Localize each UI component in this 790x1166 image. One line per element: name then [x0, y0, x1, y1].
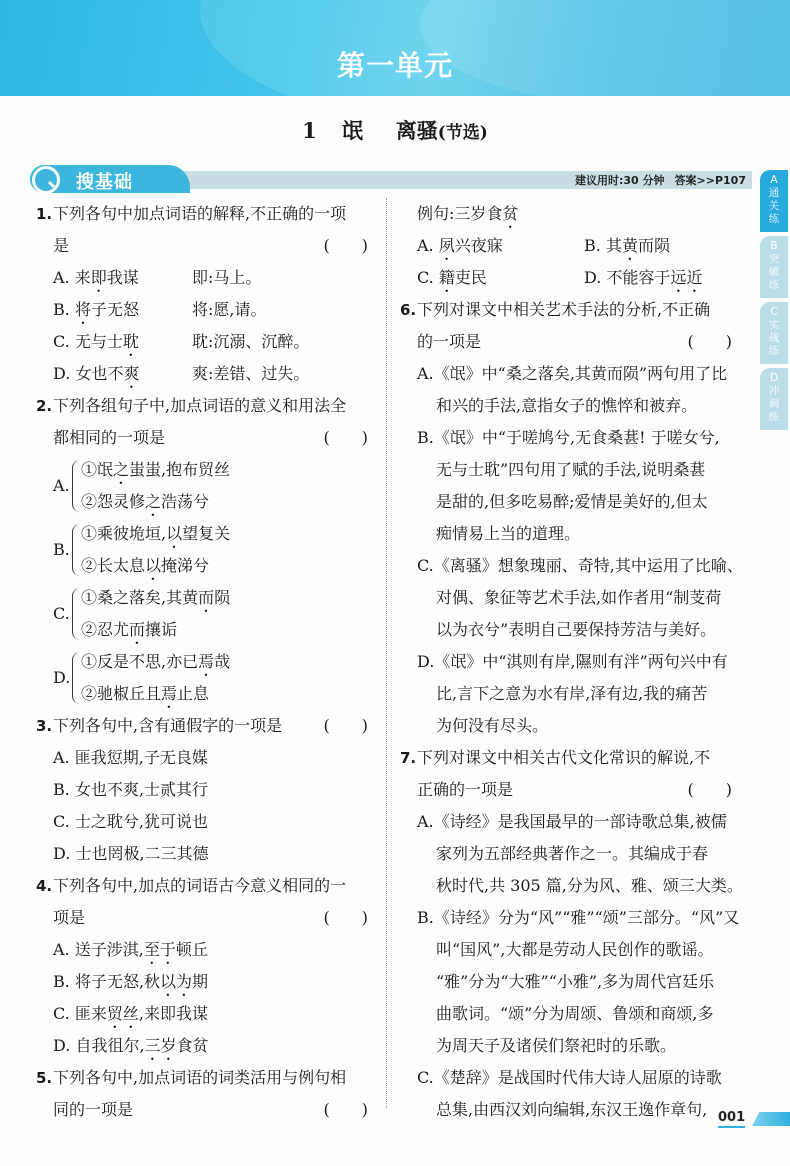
option-label: A.: [417, 364, 434, 383]
option-d[interactable]: D.《氓》中“淇则有岸,隰则有泮”两句兴中有 比,言下之意为水有岸,泽有边,我的…: [400, 646, 740, 742]
answer-blank[interactable]: ( ): [324, 422, 369, 454]
option-text: ①桑之落矣,其黄: [81, 588, 198, 607]
option-d[interactable]: D. 士也罔极,二三其德: [36, 838, 376, 870]
unit-title: 第一单元: [0, 44, 790, 84]
option-text: 《楚辞》是战国时代伟大诗人屈原的诗歌: [434, 1068, 722, 1087]
option-b[interactable]: B. 将子无怒将:愿,请。: [36, 294, 376, 326]
tab-d[interactable]: D冲刺练: [760, 368, 788, 430]
option-c[interactable]: C. 无与士耽耽:沉溺、沉醉。: [36, 326, 376, 358]
option-text: 《氓》中“于嗟鸠兮,无食桑葚! 于嗟女兮,: [434, 428, 720, 447]
option-label: B.: [417, 428, 434, 447]
option-text: 哉: [214, 652, 230, 671]
page-stripe-decoration: [752, 1112, 790, 1126]
question-number: 5.: [36, 1062, 53, 1094]
option-d[interactable]: D. ①反是不思,亦已焉哉 ②驰椒丘且焉止息: [36, 646, 376, 710]
option-a[interactable]: A.《诗经》是我国最早的一部诗歌总集,被儒 家列为五部经典著作之一。其编成于春 …: [400, 806, 740, 902]
option-label: A.: [53, 940, 70, 959]
question-stem: 下列各句中,加点词语的词类活用与例句相: [53, 1068, 346, 1087]
option-label: A.: [53, 470, 70, 502]
example-sentence: 例句:三岁食贫: [400, 198, 740, 230]
option-b[interactable]: B.《氓》中“于嗟鸠兮,无食桑葚! 于嗟女兮, 无与士耽”四句用了赋的手法,说明…: [400, 422, 740, 550]
tab-c[interactable]: C实战练: [760, 302, 788, 364]
column-divider: [386, 198, 387, 1108]
option-c[interactable]: C.《楚辞》是战国时代伟大诗人屈原的诗歌 总集,由西汉刘向编辑,东汉王逸作章句,: [400, 1062, 740, 1126]
option-text: ①反是不思,亦已: [81, 652, 198, 671]
question-number: 7.: [400, 742, 417, 774]
dotted-word: 即: [91, 268, 107, 287]
tab-label: 冲刺练: [768, 385, 780, 424]
option-d[interactable]: D. 不能容于远近: [584, 262, 702, 296]
option-text: 《离骚》想象瑰丽、奇特,其中运用了比喻、: [434, 556, 743, 575]
tab-letter: D: [760, 372, 788, 385]
option-text: ②忍尤: [81, 620, 129, 639]
option-label: C.: [417, 268, 434, 287]
brace-icon: [72, 460, 81, 512]
time-hint: 建议用时:30 分钟: [575, 174, 665, 187]
option-text: ②长太息: [81, 556, 145, 575]
option-c[interactable]: C. 匪来贸丝,来即我谋: [36, 998, 376, 1030]
question-stem: 下列各句中加点词语的解释,不正确的一项: [53, 204, 346, 223]
option-text: 《氓》中“桑之落矣,其黄而陨”两句用了比: [434, 364, 727, 383]
dotted-word: 以为: [160, 972, 192, 991]
option-text: 期: [192, 972, 208, 991]
tab-label: 实战练: [768, 319, 780, 358]
option-label: D.: [53, 1036, 70, 1055]
dotted-word: 三岁: [145, 1036, 177, 1055]
dotted-word: 将: [75, 300, 91, 319]
question-stem: 是: [53, 236, 69, 255]
option-text: 顿丘: [176, 940, 208, 959]
search-icon: [32, 166, 60, 194]
section-meta: 建议用时:30 分钟答案>>P107: [575, 172, 746, 188]
answer-blank[interactable]: ( ): [324, 230, 369, 262]
option-text: 士之耽兮,犹可说也: [75, 812, 208, 831]
question-5-continued: 例句:三岁食贫 A. 夙兴夜寐 B. 其黄而陨 C. 籍吏民 D. 不能容于远近: [400, 198, 740, 294]
option-b[interactable]: B. 女也不爽,士贰其行: [36, 774, 376, 806]
example-text: 例句:三岁食: [417, 204, 502, 223]
left-column: 1.下列各句中加点词语的解释,不正确的一项 是( ) A. 来即我谋即:马上。 …: [36, 198, 376, 1126]
answer-blank[interactable]: ( ): [324, 710, 369, 742]
option-c[interactable]: C. 籍吏民: [417, 268, 487, 287]
option-label: D.: [417, 652, 434, 671]
question-stem: 的一项是: [417, 332, 481, 351]
lesson-number: 1: [302, 118, 317, 143]
lesson-title-a: 氓: [342, 118, 363, 143]
option-text: 其: [606, 236, 622, 255]
question-5: 5.下列各句中,加点词语的词类活用与例句相 同的一项是( ): [36, 1062, 376, 1126]
option-text: 子无怒: [91, 300, 139, 319]
option-text: ②驰椒丘且: [81, 684, 161, 703]
answer-blank[interactable]: ( ): [688, 326, 733, 358]
option-text: “雅”分为“大雅”“小雅”,多为周代宫廷乐: [436, 972, 714, 991]
option-text: 陨: [214, 588, 230, 607]
dotted-word: 焉: [198, 652, 214, 671]
option-label: B.: [417, 908, 434, 927]
option-text: 送子涉淇,: [75, 940, 144, 959]
option-label: B.: [53, 780, 70, 799]
answer-blank[interactable]: ( ): [688, 774, 733, 806]
option-explain: 耽:沉溺、沉醉。: [192, 326, 309, 358]
option-text: 总集,由西汉刘向编辑,东汉王逸作章句,: [436, 1100, 707, 1119]
option-text: 止息: [177, 684, 209, 703]
question-stem: 下列对课文中相关艺术手法的分析,不正确: [417, 300, 710, 319]
question-stem: 下列对课文中相关古代文化常识的解说,不: [417, 748, 710, 767]
option-text: 比,言下之意为水有岸,泽有边,我的痛苦: [436, 684, 707, 703]
question-stem: 都相同的一项是: [53, 428, 165, 447]
option-a[interactable]: A. 夙兴夜寐: [417, 236, 503, 255]
option-label: A.: [53, 268, 70, 287]
option-text: 是甜的,但多吃易醉;爱情是美好的,但太: [436, 492, 708, 511]
option-text: 无与士: [75, 332, 123, 351]
option-d[interactable]: D. 女也不爽爽:差错、过失。: [36, 358, 376, 390]
dotted-word: 以: [145, 556, 161, 575]
question-number: 2.: [36, 390, 53, 422]
option-text: 秋时代,共 305 篇,分为风、雅、颂三大类。: [436, 876, 743, 895]
right-column: 例句:三岁食贫 A. 夙兴夜寐 B. 其黄而陨 C. 籍吏民 D. 不能容于远近…: [400, 198, 740, 1126]
dotted-word: 以: [166, 524, 182, 543]
option-label: B.: [53, 972, 70, 991]
option-text: 痴情易上当的道理。: [436, 524, 580, 543]
option-label: C.: [53, 332, 70, 351]
option-text: 和兴的手法,意指女子的憔悴和被弃。: [436, 396, 697, 415]
option-text: 自我徂尔,: [75, 1036, 144, 1055]
side-tabs: A通关练 B突破练 C实战练 D冲刺练: [760, 170, 790, 434]
answer-ref[interactable]: 答案>>P107: [675, 174, 746, 187]
option-text: ②怨灵修: [81, 492, 145, 511]
option-explain: 爽:差错、过失。: [192, 358, 309, 390]
option-text: 无与士耽”四句用了赋的手法,说明桑葚: [436, 460, 705, 479]
option-text: 蚩蚩,抱布贸丝: [129, 460, 230, 479]
option-text: 为何没有尽头。: [436, 716, 548, 735]
tab-b[interactable]: B突破练: [760, 236, 788, 298]
option-d[interactable]: D. 自我徂尔,三岁食贫: [36, 1030, 376, 1062]
option-b[interactable]: B.《诗经》分为“风”“雅”“颂”三部分。“风”又 叫“国风”,大都是劳动人民创…: [400, 902, 740, 1062]
tab-label: 突破练: [768, 253, 780, 292]
answer-blank[interactable]: ( ): [324, 902, 369, 934]
option-label: B.: [53, 300, 70, 319]
option-b[interactable]: B. ①乘彼垝垣,以望复关 ②长太息以掩涕兮: [36, 518, 376, 582]
dotted-word: 而: [198, 588, 214, 607]
option-text: ①氓: [81, 460, 113, 479]
option-label: C.: [53, 812, 70, 831]
question-6: 6.下列对课文中相关艺术手法的分析,不正确 的一项是( ) A.《氓》中“桑之落…: [400, 294, 740, 742]
option-label: D.: [584, 268, 601, 287]
question-stem: 下列各句中,加点的词语古今意义相同的一: [53, 876, 346, 895]
option-text: 食贫: [177, 1036, 209, 1055]
question-2: 2.下列各组句子中,加点词语的意义和用法全 都相同的一项是( ) A. ①氓之蚩…: [36, 390, 376, 710]
dotted-word: 焉: [161, 684, 177, 703]
question-number: 1.: [36, 198, 53, 230]
option-a[interactable]: A.《氓》中“桑之落矣,其黄而陨”两句用了比 和兴的手法,意指女子的憔悴和被弃。: [400, 358, 740, 422]
option-text: 吏民: [455, 268, 487, 287]
lesson-subtitle: (节选): [438, 123, 488, 143]
brace-icon: [72, 524, 81, 576]
dotted-word: 爽: [123, 364, 139, 383]
tab-letter: C: [760, 306, 788, 319]
option-c[interactable]: C. ①桑之落矣,其黄而陨 ②忍尤而攘诟: [36, 582, 376, 646]
option-c[interactable]: C.《离骚》想象瑰丽、奇特,其中运用了比喻、 对偶、象征等艺术手法,如作者用“制…: [400, 550, 740, 646]
option-text: 而陨: [638, 236, 670, 255]
option-text: 女也不爽,士贰其行: [75, 780, 208, 799]
option-label: D.: [53, 662, 70, 694]
option-text: 浩荡兮: [161, 492, 209, 511]
option-text: 望复关: [182, 524, 230, 543]
option-text: 对偶、象征等艺术手法,如作者用“制芰荷: [436, 588, 721, 607]
question-number: 3.: [36, 710, 53, 742]
question-7: 7.下列对课文中相关古代文化常识的解说,不 正确的一项是( ) A.《诗经》是我…: [400, 742, 740, 1126]
question-stem: 下列各句中,含有通假字的一项是: [53, 716, 282, 735]
question-number: 6.: [400, 294, 417, 326]
option-text: 以为衣兮”表明自己要保持芳洁与美好。: [436, 620, 716, 639]
option-label: A.: [417, 812, 434, 831]
dotted-word: 贫: [502, 204, 518, 223]
unit-banner: 第一单元: [0, 0, 790, 96]
question-1: 1.下列各句中加点词语的解释,不正确的一项 是( ) A. 来即我谋即:马上。 …: [36, 198, 376, 390]
option-a[interactable]: A. 来即我谋即:马上。: [36, 262, 376, 294]
lesson-title: 1 氓 离骚(节选): [0, 115, 790, 145]
question-stem: 项是: [53, 908, 85, 927]
dotted-word: 耽: [123, 332, 139, 351]
question-stem: 同的一项是: [53, 1100, 133, 1119]
option-text: 《氓》中“淇则有岸,隰则有泮”两句兴中有: [434, 652, 727, 671]
brace-icon: [72, 588, 81, 640]
option-text: 士也罔极,二三其德: [75, 844, 208, 863]
option-label: A.: [53, 748, 70, 767]
option-text: 兴夜寐: [455, 236, 503, 255]
option-text: 家列为五部经典著作之一。其编成于春: [436, 844, 708, 863]
option-text: 匪我愆期,子无良媒: [75, 748, 208, 767]
question-number: 4.: [36, 870, 53, 902]
lesson-title-b: 离骚: [396, 118, 438, 143]
option-text: 攘诟: [145, 620, 177, 639]
option-text: 《诗经》分为“风”“雅”“颂”三部分。“风”又: [434, 908, 739, 927]
option-label: D.: [53, 844, 70, 863]
dotted-word: 籍: [439, 268, 455, 287]
option-text: 匪来: [75, 1004, 107, 1023]
option-label: C.: [53, 598, 70, 630]
section-header: 搜基础 建议用时:30 分钟答案>>P107: [30, 165, 752, 193]
option-a[interactable]: A. 送子涉淇,至于顿丘: [36, 934, 376, 966]
tab-label: 通关练: [768, 187, 780, 226]
option-explain: 即:马上。: [192, 262, 261, 294]
dotted-word: 贸丝: [107, 1004, 139, 1023]
option-label: C.: [417, 556, 434, 575]
option-label: B.: [53, 534, 70, 566]
question-3: 3.下列各句中,含有通假字的一项是( ) A. 匪我愆期,子无良媒 B. 女也不…: [36, 710, 376, 870]
tab-letter: B: [760, 240, 788, 253]
option-b[interactable]: B. 其黄而陨: [584, 230, 670, 264]
option-label: A.: [417, 236, 434, 255]
option-a[interactable]: A. ①氓之蚩蚩,抱布贸丝 ②怨灵修之浩荡兮: [36, 454, 376, 518]
option-text: ,来即我谋: [139, 1004, 208, 1023]
option-text: 为周天子及诸侯们祭祀时的乐歌。: [436, 1036, 676, 1055]
dotted-word: 远近: [670, 268, 702, 287]
option-text: 我谋: [107, 268, 139, 287]
option-label: C.: [53, 1004, 70, 1023]
option-text: 《诗经》是我国最早的一部诗歌总集,被儒: [434, 812, 727, 831]
answer-blank[interactable]: ( ): [324, 1094, 369, 1126]
option-text: 来: [75, 268, 91, 287]
option-label: B.: [584, 236, 601, 255]
tab-letter: A: [760, 174, 788, 187]
option-text: 叫“国风”,大都是劳动人民创作的歌谣。: [436, 940, 713, 959]
dotted-word: 之: [145, 492, 161, 511]
question-4: 4.下列各句中,加点的词语古今意义相同的一 项是( ) A. 送子涉淇,至于顿丘…: [36, 870, 376, 1062]
option-b[interactable]: B. 将子无怒,秋以为期: [36, 966, 376, 998]
option-text: 曲歌词。“颂”分为周颂、鲁颂和商颂,多: [436, 1004, 713, 1023]
option-c[interactable]: C. 士之耽兮,犹可说也: [36, 806, 376, 838]
page-number: 001: [718, 1110, 745, 1128]
option-explain: 将:愿,请。: [192, 294, 266, 326]
option-a[interactable]: A. 匪我愆期,子无良媒: [36, 742, 376, 774]
option-text: 女也不: [75, 364, 123, 383]
brace-icon: [72, 652, 81, 704]
dotted-word: 至于: [144, 940, 176, 959]
dotted-word: 黄: [622, 236, 638, 255]
question-stem: 正确的一项是: [417, 780, 513, 799]
option-text: 不能容于: [606, 268, 670, 287]
dotted-word: 夙: [439, 236, 455, 255]
tab-a[interactable]: A通关练: [760, 170, 788, 232]
section-label: 搜基础: [76, 168, 133, 194]
question-stem: 下列各组句子中,加点词语的意义和用法全: [53, 396, 346, 415]
section-pill: 搜基础: [30, 165, 190, 193]
option-text: ①乘彼垝垣,: [81, 524, 166, 543]
option-text: 掩涕兮: [161, 556, 209, 575]
dotted-word: 之: [113, 460, 129, 479]
option-label: C.: [417, 1068, 434, 1087]
dotted-word: 而: [129, 620, 145, 639]
option-text: 将子无怒,秋: [75, 972, 160, 991]
option-label: D.: [53, 364, 70, 383]
